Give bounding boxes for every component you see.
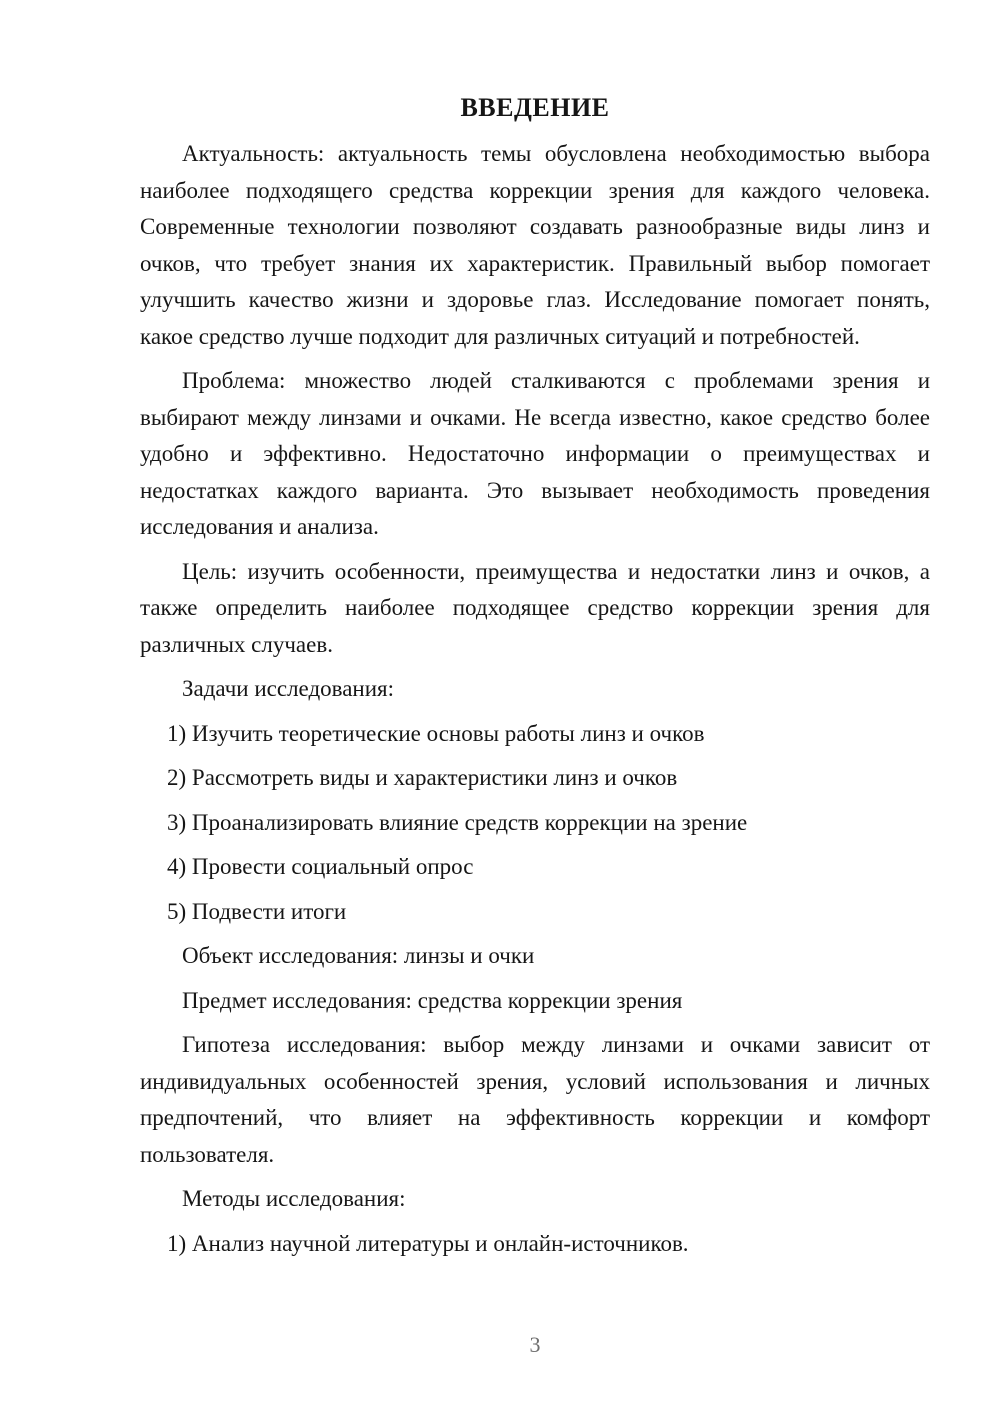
list-item: 1) Анализ научной литературы и онлайн-ис…: [140, 1226, 930, 1263]
list-item: 4) Провести социальный опрос: [140, 849, 930, 886]
list-item: 1) Изучить теоретические основы работы л…: [140, 716, 930, 753]
list-item: 2) Рассмотреть виды и характеристики лин…: [140, 760, 930, 797]
paragraph: Гипотеза исследования: выбор между линза…: [140, 1027, 930, 1173]
list-item: 3) Проанализировать влияние средств корр…: [140, 805, 930, 842]
list-item: 5) Подвести итоги: [140, 894, 930, 931]
paragraph: Методы исследования:: [140, 1181, 930, 1218]
document-body: Актуальность: актуальность темы обусловл…: [140, 136, 930, 1262]
page-number: 3: [140, 1332, 930, 1358]
page-title: ВВЕДЕНИЕ: [140, 92, 930, 124]
paragraph: Цель: изучить особенности, преимущества …: [140, 554, 930, 664]
page-content: ВВЕДЕНИЕ Актуальность: актуальность темы…: [0, 0, 1000, 1262]
paragraph: Задачи исследования:: [140, 671, 930, 708]
document-page: ВВЕДЕНИЕ Актуальность: актуальность темы…: [0, 0, 1000, 1414]
paragraph: Проблема: множество людей сталкиваются с…: [140, 363, 930, 546]
paragraph: Объект исследования: линзы и очки: [140, 938, 930, 975]
paragraph: Актуальность: актуальность темы обусловл…: [140, 136, 930, 355]
paragraph: Предмет исследования: средства коррекции…: [140, 983, 930, 1020]
